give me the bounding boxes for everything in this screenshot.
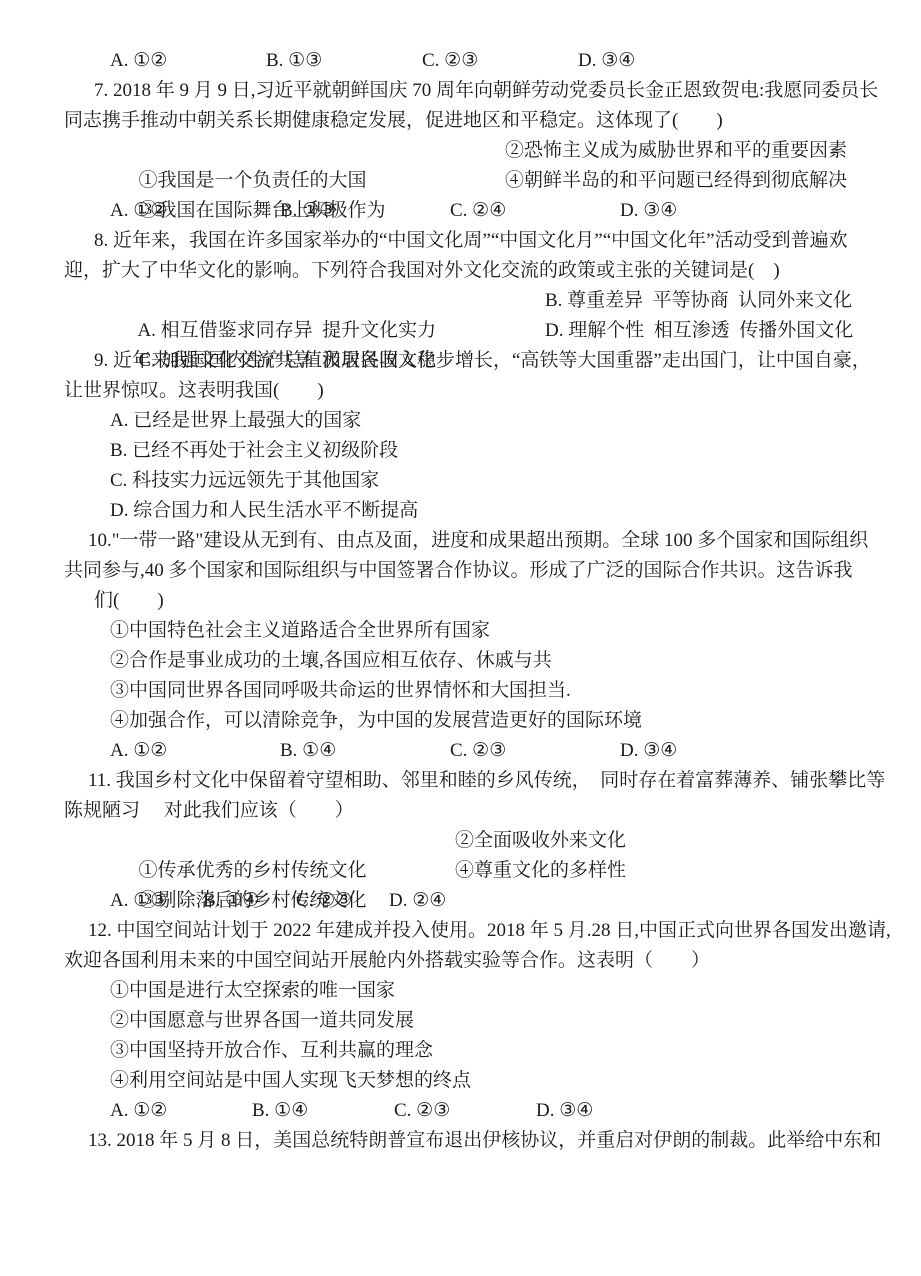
q11-option-c: C. ②③	[296, 886, 389, 916]
q12-stem-line-2: 欢迎各国利用未来的中国空间站开展舱内外搭载实验等合作。这表明（ ）	[0, 946, 921, 976]
q12-choice-3: ③中国坚持开放合作、互利共赢的理念	[0, 1036, 921, 1066]
q8-stem-line-1: 8. 近年来，我国在许多国家举办的“中国文化周”“中国文化月”“中国文化年”活动…	[0, 226, 921, 256]
q7-option-d: D. ③④	[620, 196, 790, 226]
q10-option-c: C. ②③	[450, 736, 620, 766]
q7-stem-line-1: 7. 2018 年 9 月 9 日,习近平就朝鲜国庆 70 周年向朝鲜劳动党委员…	[0, 76, 921, 106]
q8-option-b: B. 尊重差异 平等协商 认同外来文化	[545, 286, 852, 316]
q10-choice-2: ②合作是事业成功的土壤,各国应相互依存、休戚与共	[0, 646, 921, 676]
carryover-option-a: A. ①②	[110, 46, 266, 76]
q11-stem-line-2: 陈规陋习 对此我们应该（ ）	[0, 796, 921, 826]
q11-choice-4: ④尊重文化的多样性	[455, 856, 626, 886]
q7-stem-line-2: 同志携手推动中朝关系长期健康稳定发展，促进地区和平稳定。这体现了( )	[0, 106, 921, 136]
q10-option-a: A. ①②	[110, 736, 280, 766]
q11-stem-line-1: 11. 我国乡村文化中保留着守望相助、邻里和睦的乡风传统， 同时存在着富葬薄养、…	[0, 766, 921, 796]
q10-stem-line-1: 10."一带一路"建设从无到有、由点及面，进度和成果超出预期。全球 100 多个…	[0, 526, 921, 556]
q7-choices-row-2: ③我国在国际舞台上积极作为 ④朝鲜半岛的和平问题已经得到彻底解决	[0, 166, 921, 196]
q12-choice-4: ④利用空间站是中国人实现飞天梦想的终点	[0, 1066, 921, 1096]
question-12: 12. 中国空间站计划于 2022 年建成并投入使用。2018 年 5 月.28…	[0, 916, 921, 1126]
q10-choice-3: ③中国同世界各国同呼吸共命运的世界情怀和大国担当.	[0, 676, 921, 706]
carryover-answer-row: A. ①② B. ①③ C. ②③ D. ③④	[0, 46, 921, 76]
question-11: 11. 我国乡村文化中保留着守望相助、邻里和睦的乡风传统， 同时存在着富葬薄养、…	[0, 766, 921, 916]
q12-choice-1: ①中国是进行太空探索的唯一国家	[0, 976, 921, 1006]
carryover-option-c: C. ②③	[422, 46, 578, 76]
q7-option-b: B. ①③	[280, 196, 450, 226]
q10-option-d: D. ③④	[620, 736, 790, 766]
q11-choice-2: ②全面吸收外来文化	[455, 826, 626, 856]
q11-choices-row-2: ③剔除落后的乡村传统文化 ④尊重文化的多样性	[0, 856, 921, 886]
q11-option-d: D. ②④	[389, 886, 482, 916]
q12-option-b: B. ①④	[252, 1096, 394, 1126]
question-7: 7. 2018 年 9 月 9 日,习近平就朝鲜国庆 70 周年向朝鲜劳动党委员…	[0, 76, 921, 226]
q9-option-a: A. 已经是世界上最强大的国家	[0, 406, 921, 436]
question-8: 8. 近年来，我国在许多国家举办的“中国文化周”“中国文化月”“中国文化年”活动…	[0, 226, 921, 346]
q11-answer-row: A. ①③ B. ①④ C. ②③ D. ②④	[0, 886, 921, 916]
q12-option-d: D. ③④	[536, 1096, 678, 1126]
q8-stem-line-2: 迎，扩大了中华文化的影响。下列符合我国对外文化交流的政策或主张的关键词是( )	[0, 256, 921, 286]
question-10: 10."一带一路"建设从无到有、由点及面，进度和成果超出预期。全球 100 多个…	[0, 526, 921, 766]
q7-choices-row-1: ①我国是一个负责任的大国 ②恐怖主义成为威胁世界和平的重要因素	[0, 136, 921, 166]
q9-option-c: C. 科技实力远远领先于其他国家	[0, 466, 921, 496]
q8-option-d: D. 理解个性 相互渗透 传播外国文化	[545, 316, 853, 346]
q10-stem-line-3: 们( )	[0, 586, 921, 616]
q12-choice-2: ②中国愿意与世界各国一道共同发展	[0, 1006, 921, 1036]
carryover-option-d: D. ③④	[578, 46, 734, 76]
q10-stem-line-2: 共同参与,40 多个国家和国际组织与中国签署合作协议。形成了广泛的国际合作共识。…	[0, 556, 921, 586]
q11-option-a: A. ①③	[110, 886, 203, 916]
q13-stem-line-1: 13. 2018 年 5 月 8 日，美国总统特朗普宣布退出伊核协议，并重启对伊…	[0, 1126, 921, 1156]
carryover-option-b: B. ①③	[266, 46, 422, 76]
q10-choice-1: ①中国特色社会主义道路适合全世界所有国家	[0, 616, 921, 646]
q7-option-c: C. ②④	[450, 196, 620, 226]
question-9: 9. 近年来我国国内生产总值和居民收入稳步增长，“高铁等大国重器”走出国门，让中…	[0, 346, 921, 526]
q7-option-a: A. ①②	[110, 196, 280, 226]
q10-option-b: B. ①④	[280, 736, 450, 766]
q9-option-b: B. 已经不再处于社会主义初级阶段	[0, 436, 921, 466]
question-13: 13. 2018 年 5 月 8 日，美国总统特朗普宣布退出伊核协议，并重启对伊…	[0, 1126, 921, 1156]
q9-option-d: D. 综合国力和人民生活水平不断提高	[0, 496, 921, 526]
q10-answer-row: A. ①② B. ①④ C. ②③ D. ③④	[0, 736, 921, 766]
q8-options-row-2: C. 加强文化交流共享 汲取各国文化 D. 理解个性 相互渗透 传播外国文化	[0, 316, 921, 346]
q9-stem-line-2: 让世界惊叹。这表明我国( )	[0, 376, 921, 406]
q11-option-b: B. ①④	[203, 886, 296, 916]
q9-stem-line-1: 9. 近年来我国国内生产总值和居民收入稳步增长，“高铁等大国重器”走出国门，让中…	[0, 346, 921, 376]
q11-choices-row-1: ①传承优秀的乡村传统文化 ②全面吸收外来文化	[0, 826, 921, 856]
q12-stem-line-1: 12. 中国空间站计划于 2022 年建成并投入使用。2018 年 5 月.28…	[0, 916, 921, 946]
q10-choice-4: ④加强合作，可以清除竞争，为中国的发展营造更好的国际环境	[0, 706, 921, 736]
q12-option-a: A. ①②	[110, 1096, 252, 1126]
q7-choice-2: ②恐怖主义成为威胁世界和平的重要因素	[505, 136, 847, 166]
q7-answer-row: A. ①② B. ①③ C. ②④ D. ③④	[0, 196, 921, 226]
exam-document-page: A. ①② B. ①③ C. ②③ D. ③④ 7. 2018 年 9 月 9 …	[0, 0, 921, 1276]
q7-choice-4: ④朝鲜半岛的和平问题已经得到彻底解决	[505, 166, 847, 196]
q12-answer-row: A. ①② B. ①④ C. ②③ D. ③④	[0, 1096, 921, 1126]
q12-option-c: C. ②③	[394, 1096, 536, 1126]
q8-options-row-1: A. 相互借鉴求同存异 提升文化实力 B. 尊重差异 平等协商 认同外来文化	[0, 286, 921, 316]
